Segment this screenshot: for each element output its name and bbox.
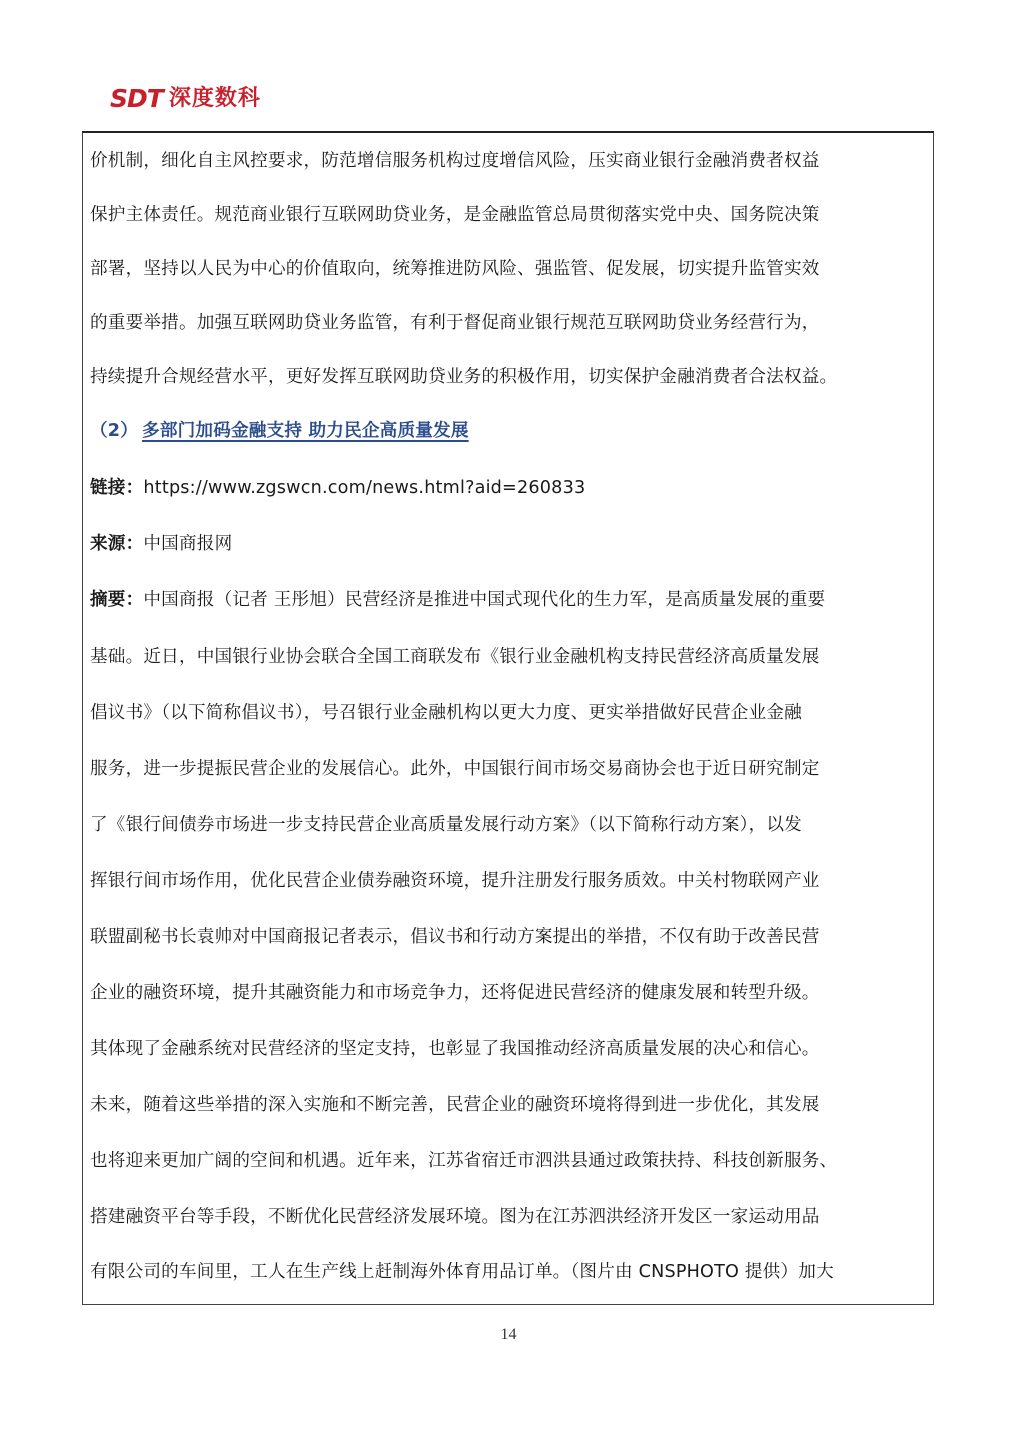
paragraph-line: 的重要举措。加强互联网助贷业务监管，有利于督促商业银行规范互联网助贷业务经营行为… [90,308,820,338]
article-number: （2） [90,421,138,441]
paragraph-line: 价机制，细化自主风控要求，防范增信服务机构过度增信风险，压实商业银行金融消费者权… [90,146,820,176]
link-row: 链接：https://www.zgswcn.com/news.html?aid=… [90,473,585,503]
summary-line: 倡议书》（以下简称倡议书），号召银行业金融机构以更大力度、更实举措做好民营企业金… [90,698,802,728]
summary-row: 摘要：中国商报（记者 王彤旭）民营经济是推进中国式现代化的生力军，是高质量发展的… [90,585,825,615]
summary-line: 了《银行间债券市场进一步支持民营企业高质量发展行动方案》（以下简称行动方案），以… [90,810,802,840]
summary-line: 挥银行间市场作用，优化民营企业债券融资环境，提升注册发行服务质效。中关村物联网产… [90,866,820,896]
logo-mark-sdt: SDT [110,84,163,114]
summary-line: 服务，进一步提振民营企业的发展信心。此外，中国银行间市场交易商协会也于近日研究制… [90,754,820,784]
summary-line: 也将迎来更加广阔的空间和机遇。近年来，江苏省宿迁市泗洪县通过政策扶持、科技创新服… [90,1146,837,1176]
summary-line: 其体现了金融系统对民营经济的坚定支持，也彰显了我国推动经济高质量发展的决心和信心… [90,1034,820,1064]
paragraph-line: 部署，坚持以人民为中心的价值取向，统筹推进防风险、强监管、促发展，切实提升监管实… [90,254,820,284]
paragraph-line: 持续提升合规经营水平，更好发挥互联网助贷业务的积极作用，切实保护金融消费者合法权… [90,362,837,392]
logo-text: 深度数科 [169,84,261,114]
source-label: 来源： [90,534,143,554]
paragraph-line: 保护主体责任。规范商业银行互联网助贷业务，是金融监管总局贯彻落实党中央、国务院决… [90,200,820,230]
link-label: 链接： [90,478,143,498]
link-url[interactable]: https://www.zgswcn.com/news.html?aid=260… [143,478,585,498]
summary-line: 有限公司的车间里，工人在生产线上赶制海外体育用品订单。（图片由 CNSPHOTO… [90,1257,834,1287]
brand-logo: SDT 深度数科 [110,84,261,114]
content-frame: 价机制，细化自主风控要求，防范增信服务机构过度增信风险，压实商业银行金融消费者权… [82,131,934,1305]
summary-line: 未来，随着这些举措的深入实施和不断完善，民营企业的融资环境将得到进一步优化，其发… [90,1090,820,1120]
summary-label: 摘要： [90,590,143,610]
source-value: 中国商报网 [143,534,232,554]
article-title-link[interactable]: 多部门加码金融支持 助力民企高质量发展 [142,421,469,441]
article-heading: （2）多部门加码金融支持 助力民企高质量发展 [90,416,469,446]
summary-line: 搭建融资平台等手段，不断优化民营经济发展环境。图为在江苏泗洪经济开发区一家运动用… [90,1202,820,1232]
summary-line: 企业的融资环境，提升其融资能力和市场竞争力，还将促进民营经济的健康发展和转型升级… [90,978,820,1008]
summary-line: 联盟副秘书长袁帅对中国商报记者表示，倡议书和行动方案提出的举措，不仅有助于改善民… [90,922,820,952]
summary-line: 基础。近日，中国银行业协会联合全国工商联发布《银行业金融机构支持民营经济高质量发… [90,642,820,672]
source-row: 来源：中国商报网 [90,529,232,559]
summary-text: 中国商报（记者 王彤旭）民营经济是推进中国式现代化的生力军，是高质量发展的重要 [143,590,825,610]
page-number: 14 [0,1326,1017,1344]
